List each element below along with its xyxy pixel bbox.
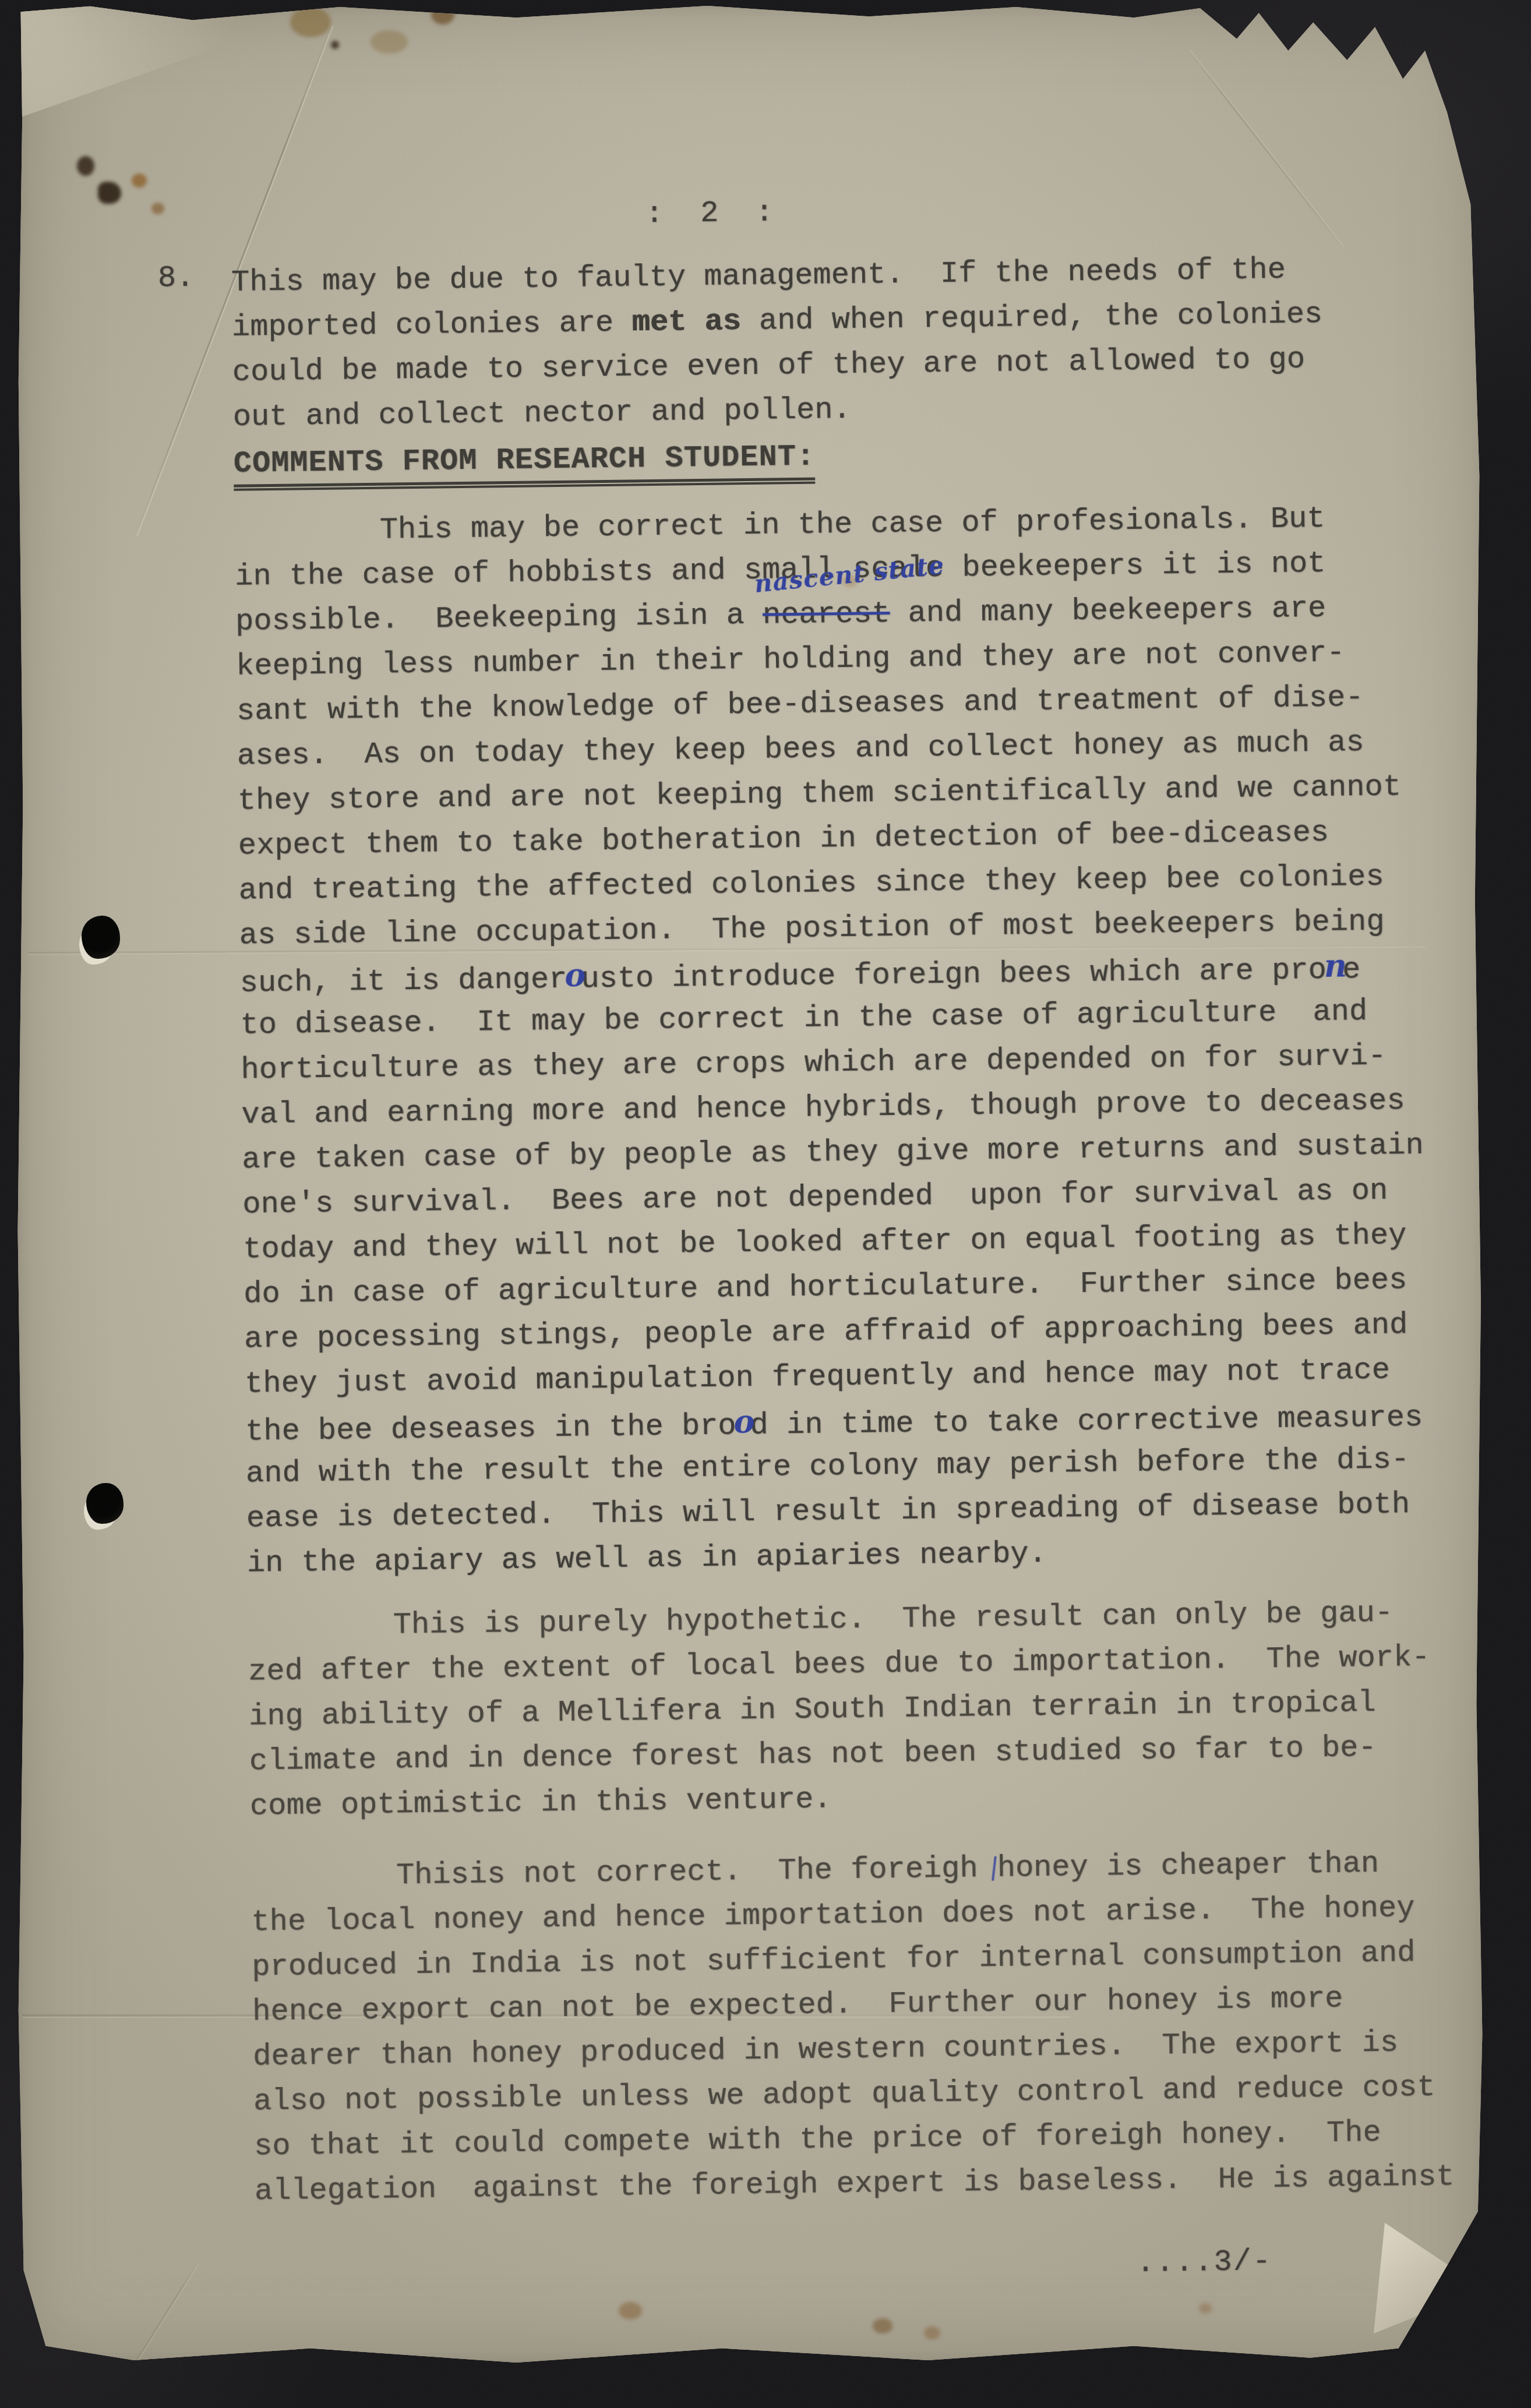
handwritten-insertion: o	[565, 956, 586, 993]
page-number: : 2 :	[645, 195, 783, 231]
section-heading-row: COMMENTS FROM RESEARCH STUDENT:	[233, 440, 815, 491]
line-segment: d in time to take corrective measures	[750, 1400, 1423, 1443]
page-continuation-mark: ....3/-	[1136, 2244, 1272, 2280]
line-segment: the bee deseases in the bro	[245, 1408, 736, 1449]
struck-through-word: nearest	[763, 596, 890, 633]
typewritten-content: : 2 : 8. This may be due to faulty manag…	[2, 0, 1501, 2374]
overstruck-text: met as	[632, 304, 741, 340]
line-segment: usto introduce foreign bees which are pr…	[581, 953, 1327, 997]
line-segment: imported colonies are	[232, 305, 632, 344]
item-8-paragraph: 8. This may be due to faulty management.…	[231, 247, 1324, 440]
handwritten-insertion: o	[733, 1403, 755, 1440]
line-segment: honey is cheaper than	[997, 1846, 1379, 1886]
line-segment: such, it is danger	[239, 962, 567, 1001]
line-segment: and when required, the colonies	[740, 297, 1322, 338]
section-heading: COMMENTS FROM RESEARCH STUDENT:	[233, 440, 815, 488]
heading-underline: COMMENTS FROM RESEARCH STUDENT:	[233, 440, 815, 491]
line-segment: and many beekeepers are	[890, 591, 1327, 631]
document-page: : 2 : 8. This may be due to faulty manag…	[16, 3, 1487, 2365]
line-segment: possible. Beekeeping isin a	[235, 598, 763, 639]
photo-of-typewritten-page: { "meta": { "ink_color": "#3a3833", "ann…	[0, 0, 1531, 2408]
corrected-word: nascent statenearest	[763, 591, 890, 638]
item-number: 8.	[158, 261, 195, 296]
paragraph-2: This is purely hypothetic. The result ca…	[248, 1590, 1432, 1829]
handwritten-insertion: n	[1324, 947, 1347, 984]
line-segment: Thisis not correct. The foreigh	[251, 1851, 996, 1895]
paragraph-1: This may be correct in the case of profe…	[234, 495, 1429, 1586]
paragraph-3: Thisis not correct. The foreigh honey is…	[251, 1840, 1455, 2213]
